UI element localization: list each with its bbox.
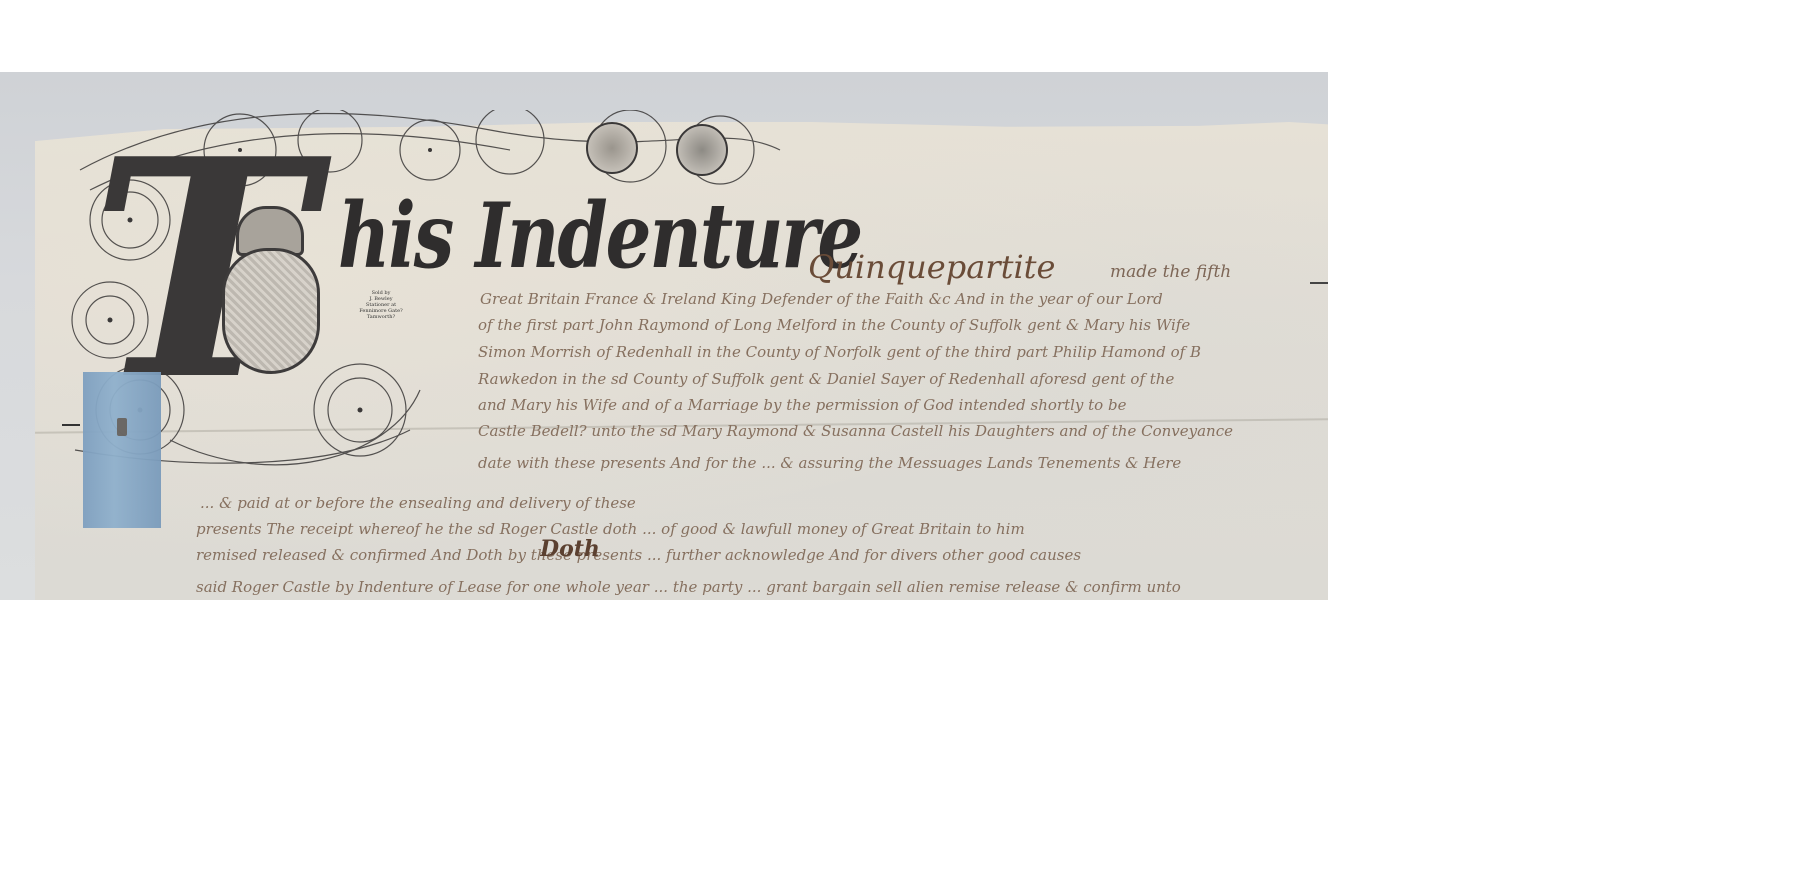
engraved-heading: his Indenture: [338, 182, 861, 288]
emphasized-word: Doth: [540, 536, 600, 562]
handwritten-line-text: remised released & confirmed And Doth by…: [196, 546, 1081, 564]
handwritten-line: of the first part John Raymond of Long M…: [478, 316, 1328, 334]
royal-coat-of-arms-icon: [222, 248, 320, 374]
handwritten-line: and Mary his Wife and of a Marriage by t…: [478, 396, 1328, 414]
rose-ornament-icon: [586, 122, 638, 174]
handwritten-heading: Quinquepartite: [808, 248, 1055, 286]
engraver-imprint: Sold by J. Bewley Stationer at Fennimore…: [346, 290, 416, 320]
opening-phrase: made the fifth: [1110, 262, 1231, 282]
margin-tick: [62, 424, 80, 426]
handwritten-line: presents The receipt whereof he the sd R…: [196, 520, 1328, 538]
handwritten-line: said Roger Castle by Indenture of Lease …: [196, 578, 1328, 600]
handwritten-line-with-emphasis: remised released & confirmed And Doth by…: [196, 546, 1328, 564]
ribbon-seal-mark: [117, 418, 127, 436]
thistle-ornament-icon: [676, 124, 728, 176]
handwritten-line: date with these presents And for the ...…: [478, 454, 1328, 472]
handwritten-line: Rawkedon in the sd County of Suffolk gen…: [478, 370, 1328, 388]
handwritten-line: Castle Bedell? unto the sd Mary Raymond …: [478, 422, 1328, 440]
handwritten-line: ... & paid at or before the ensealing an…: [200, 494, 1328, 512]
line-dash: [1310, 282, 1328, 284]
imprint-line: Tamworth?: [346, 314, 416, 320]
handwritten-line: Simon Morrish of Redenhall in the County…: [478, 343, 1328, 361]
handwritten-line: Great Britain France & Ireland King Defe…: [480, 290, 1328, 308]
blue-ribbon-tab: [83, 372, 161, 528]
